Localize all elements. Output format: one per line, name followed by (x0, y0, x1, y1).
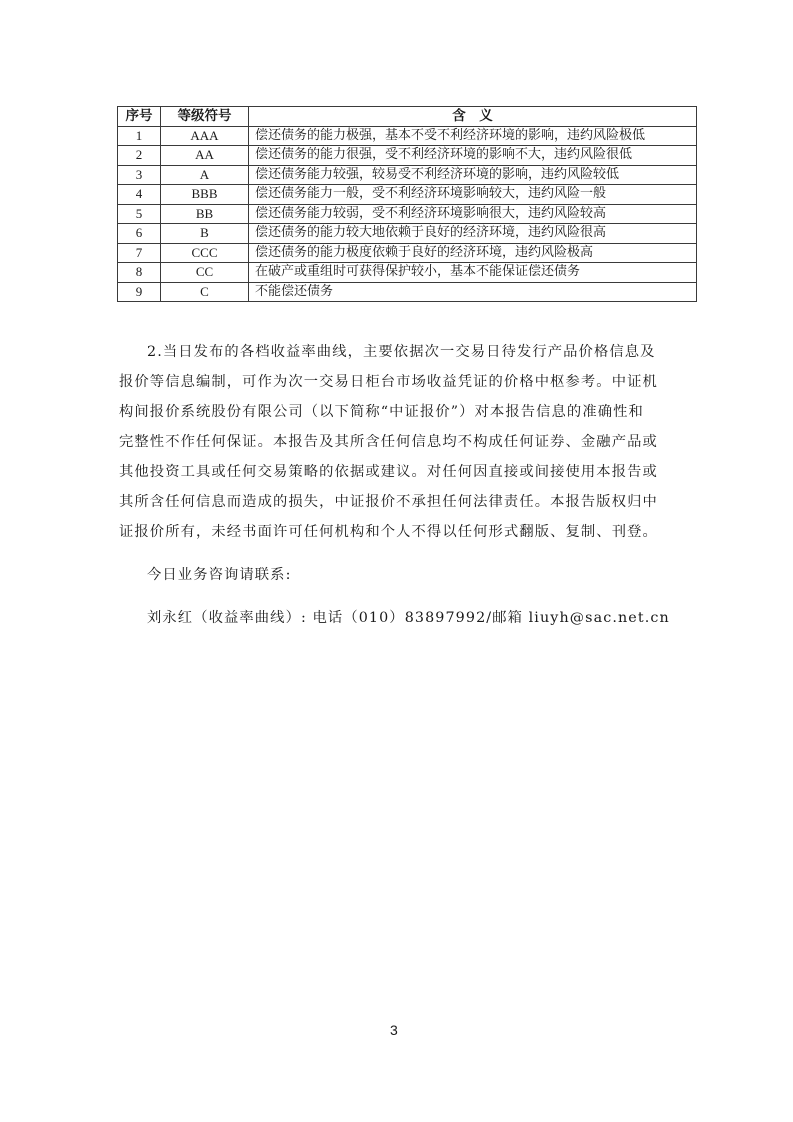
cell-meaning: 偿还债务的能力极强，基本不受不利经济环境的影响，违约风险极低 (249, 126, 697, 146)
table-row: 4BBB偿还债务能力一般，受不利经济环境影响较大，违约风险一般 (118, 185, 697, 205)
header-serial-no: 序号 (118, 107, 161, 127)
disclaimer-line: 其他投资工具或任何交易策略的依据或建议。对任何因直接或间接使用本报告或 (119, 461, 658, 481)
cell-grade: CC (161, 263, 249, 283)
cell-grade: B (161, 224, 249, 244)
table-header-row: 序号 等级符号 含 义 (118, 107, 697, 127)
cell-no: 9 (118, 282, 161, 302)
disclaimer-line: 其所含任何信息而造成的损失，中证报价不承担任何法律责任。本报告版权归中 (119, 491, 658, 511)
disclaimer-line: 2.当日发布的各档收益率曲线，主要依据次一交易日待发行产品价格信息及 (147, 341, 656, 361)
cell-no: 7 (118, 243, 161, 263)
table-row: 8CC在破产或重组时可获得保护较小，基本不能保证偿还债务 (118, 263, 697, 283)
cell-meaning: 偿还债务能力较强，较易受不利经济环境的影响，违约风险较低 (249, 165, 697, 185)
cell-meaning: 偿还债务的能力极度依赖于良好的经济环境，违约风险极高 (249, 243, 697, 263)
table-row: 9C不能偿还债务 (118, 282, 697, 302)
cell-meaning: 偿还债务能力较弱，受不利经济环境影响很大，违约风险较高 (249, 204, 697, 224)
cell-grade: A (161, 165, 249, 185)
cell-no: 1 (118, 126, 161, 146)
table-row: 6B偿还债务的能力较大地依赖于良好的经济环境，违约风险很高 (118, 224, 697, 244)
credit-rating-table: 序号 等级符号 含 义 1AAA偿还债务的能力极强，基本不受不利经济环境的影响，… (117, 106, 697, 302)
page-number: 3 (390, 1022, 398, 1038)
cell-grade: C (161, 282, 249, 302)
cell-grade: AAA (161, 126, 249, 146)
table-row: 2AA偿还债务的能力很强，受不利经济环境的影响不大，违约风险很低 (118, 146, 697, 166)
table-row: 7CCC偿还债务的能力极度依赖于良好的经济环境，违约风险极高 (118, 243, 697, 263)
cell-no: 3 (118, 165, 161, 185)
cell-grade: AA (161, 146, 249, 166)
header-grade-symbol: 等级符号 (161, 107, 249, 127)
cell-meaning: 不能偿还债务 (249, 282, 697, 302)
cell-meaning: 偿还债务的能力很强，受不利经济环境的影响不大，违约风险很低 (249, 146, 697, 166)
disclaimer-line: 证报价所有，未经书面许可任何机构和个人不得以任何形式翻版、复制、刊登。 (119, 521, 658, 541)
cell-meaning: 偿还债务的能力较大地依赖于良好的经济环境，违约风险很高 (249, 224, 697, 244)
disclaimer-line: 完整性不作任何保证。本报告及其所含任何信息均不构成任何证券、金融产品或 (119, 431, 658, 451)
contact-heading: 今日业务咨询请联系: (147, 564, 292, 584)
header-meaning: 含 义 (249, 107, 697, 127)
disclaimer-line: 构间报价系统股份有限公司（以下简称“中证报价”）对本报告信息的准确性和 (119, 401, 644, 421)
cell-no: 6 (118, 224, 161, 244)
cell-no: 8 (118, 263, 161, 283)
cell-no: 5 (118, 204, 161, 224)
cell-no: 4 (118, 185, 161, 205)
contact-line: 刘永红（收益率曲线）: 电话（010）83897992/邮箱 liuyh@sac… (147, 607, 670, 627)
cell-meaning: 在破产或重组时可获得保护较小，基本不能保证偿还债务 (249, 263, 697, 283)
cell-grade: BB (161, 204, 249, 224)
cell-grade: BBB (161, 185, 249, 205)
cell-no: 2 (118, 146, 161, 166)
document-page: 序号 等级符号 含 义 1AAA偿还债务的能力极强，基本不受不利经济环境的影响，… (0, 0, 793, 1122)
cell-grade: CCC (161, 243, 249, 263)
table-row: 1AAA偿还债务的能力极强，基本不受不利经济环境的影响，违约风险极低 (118, 126, 697, 146)
disclaimer-line: 报价等信息编制，可作为次一交易日柜台市场收益凭证的价格中枢参考。中证机 (119, 371, 658, 391)
table-row: 5BB偿还债务能力较弱，受不利经济环境影响很大，违约风险较高 (118, 204, 697, 224)
table-row: 3A偿还债务能力较强，较易受不利经济环境的影响，违约风险较低 (118, 165, 697, 185)
cell-meaning: 偿还债务能力一般，受不利经济环境影响较大，违约风险一般 (249, 185, 697, 205)
